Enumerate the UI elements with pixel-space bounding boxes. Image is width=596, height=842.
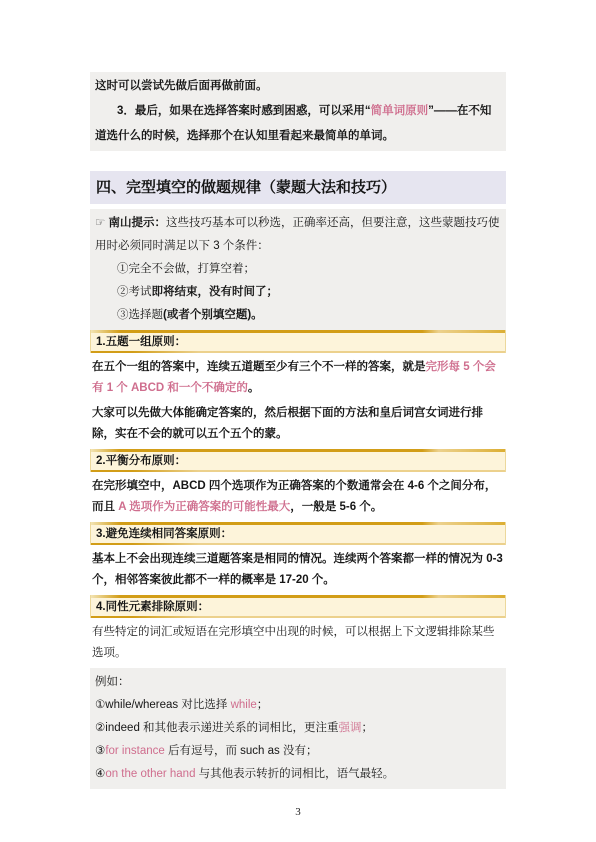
tip-condition-3: ③选择题(或者个别填空题)。 bbox=[95, 304, 501, 327]
condition-text: ②考试 bbox=[117, 286, 152, 298]
intro-highlight-block: 这时可以尝试先做后面再做前面。 3．最后，如果在选择答案时感到困惑，可以采用“简… bbox=[90, 72, 506, 151]
text: ； bbox=[257, 699, 269, 711]
condition-text: ③选择题 bbox=[117, 309, 163, 321]
intro-paragraph-1: 这时可以尝试先做后面再做前面。 bbox=[95, 74, 501, 99]
pink-highlight: while bbox=[231, 699, 257, 711]
tip-condition-1: ①完全不会做，打算空着； bbox=[95, 258, 501, 281]
highlighted-term-simple-word-rule: 简单词原则 bbox=[371, 105, 429, 117]
tip-highlight-block: ☞ 南山提示：这些技巧基本可以秒选，正确率还高，但要注意，这些蒙题技巧使用时必须… bbox=[90, 209, 506, 330]
pointing-finger-icon: ☞ bbox=[95, 217, 105, 229]
example-item-1: ①while/whereas 对比选择 while； bbox=[95, 694, 501, 717]
text: ④ bbox=[95, 768, 105, 780]
example-item-4: ④on the other hand 与其他表示转折的词相比，语气最轻。 bbox=[95, 763, 501, 786]
text: 大家可以先做大体能确定答案的，然后根据下面的方法和皇后词宫女词进行排除，实在不会… bbox=[92, 407, 483, 440]
principle-3-paragraph: 基本上不会出现连续三道题答案是相同的情况。连续两个答案都一样的情况为 0-3 个… bbox=[90, 549, 506, 591]
principle-1-paragraph-1: 在五个一组的答案中，连续五道题至少有三个不一样的答案，就是完形每 5 个会有 1… bbox=[90, 357, 506, 399]
text: 在五个一组的答案中，连续五道题至少有三个不一样的答案，就是 bbox=[92, 361, 426, 373]
text: 有些特定的词汇或短语在完形填空中出现的时候，可以根据上下文逻辑排除某些选项。 bbox=[92, 626, 495, 659]
page-number: 3 bbox=[0, 806, 596, 818]
principle-3-heading: 3.避免连续相同答案原则： bbox=[90, 522, 506, 545]
condition-text: ①完全不会做，打算空着； bbox=[117, 263, 255, 275]
intro-text: 这时可以尝试先做后面再做前面。 bbox=[95, 80, 268, 92]
condition-bold: 即将结束，没有时间了； bbox=[152, 286, 279, 298]
document-page: 这时可以尝试先做后面再做前面。 3．最后，如果在选择答案时感到困惑，可以采用“简… bbox=[0, 0, 596, 842]
principle-1-heading: 1.五题一组原则： bbox=[90, 330, 506, 353]
principle-2-paragraph: 在完形填空中，ABCD 四个选项作为正确答案的个数通常会在 4-6 个之间分布，… bbox=[90, 476, 506, 518]
tip-label: 南山提示： bbox=[109, 217, 167, 229]
examples-label: 例如： bbox=[95, 671, 501, 694]
example-item-2: ②indeed 和其他表示递进关系的词相比，更注重强调； bbox=[95, 717, 501, 740]
intro-paragraph-2: 3．最后，如果在选择答案时感到困惑，可以采用“简单词原则”——在不知道选什么的时… bbox=[95, 99, 501, 149]
example-item-3: ③for instance 后有逗号，而 such as 没有； bbox=[95, 740, 501, 763]
text: 基本上不会出现连续三道题答案是相同的情况。连续两个答案都一样的情况为 0-3 个… bbox=[92, 553, 503, 586]
document-content: 这时可以尝试先做后面再做前面。 3．最后，如果在选择答案时感到困惑，可以采用“简… bbox=[90, 72, 506, 789]
text: ，一般是 5-6 个。 bbox=[290, 501, 382, 513]
principle-4-paragraph: 有些特定的词汇或短语在完形填空中出现的时候，可以根据上下文逻辑排除某些选项。 bbox=[90, 622, 506, 664]
section-title: 四、完型填空的做题规律（蒙题大法和技巧） bbox=[90, 171, 506, 204]
intro-text-pre: 3．最后，如果在选择答案时感到困惑，可以采用“ bbox=[117, 105, 371, 117]
text: 与其他表示转折的词相比，语气最轻。 bbox=[195, 768, 394, 780]
pink-highlight: for instance bbox=[105, 745, 164, 757]
tip-paragraph: ☞ 南山提示：这些技巧基本可以秒选，正确率还高，但要注意，这些蒙题技巧使用时必须… bbox=[95, 212, 501, 258]
condition-bold: (或者个别填空题)。 bbox=[163, 309, 263, 321]
pink-highlight: A 选项作为正确答案的可能性最大 bbox=[118, 501, 290, 513]
principle-2-heading: 2.平衡分布原则： bbox=[90, 449, 506, 472]
tip-condition-2: ②考试即将结束，没有时间了； bbox=[95, 281, 501, 304]
text: ①while/whereas 对比选择 bbox=[95, 699, 231, 711]
examples-highlight-block: 例如： ①while/whereas 对比选择 while； ②indeed 和… bbox=[90, 668, 506, 789]
pink-highlight: 强调 bbox=[339, 722, 362, 734]
text: 。 bbox=[248, 382, 260, 394]
text: ； bbox=[362, 722, 374, 734]
text: ②indeed 和其他表示递进关系的词相比，更注重 bbox=[95, 722, 339, 734]
principle-4-heading: 4.同性元素排除原则： bbox=[90, 595, 506, 618]
pink-highlight: on the other hand bbox=[105, 768, 195, 780]
principle-1-paragraph-2: 大家可以先做大体能确定答案的，然后根据下面的方法和皇后词宫女词进行排除，实在不会… bbox=[90, 403, 506, 445]
text: 后有逗号，而 such as 没有； bbox=[165, 745, 318, 757]
text: ③ bbox=[95, 745, 105, 757]
